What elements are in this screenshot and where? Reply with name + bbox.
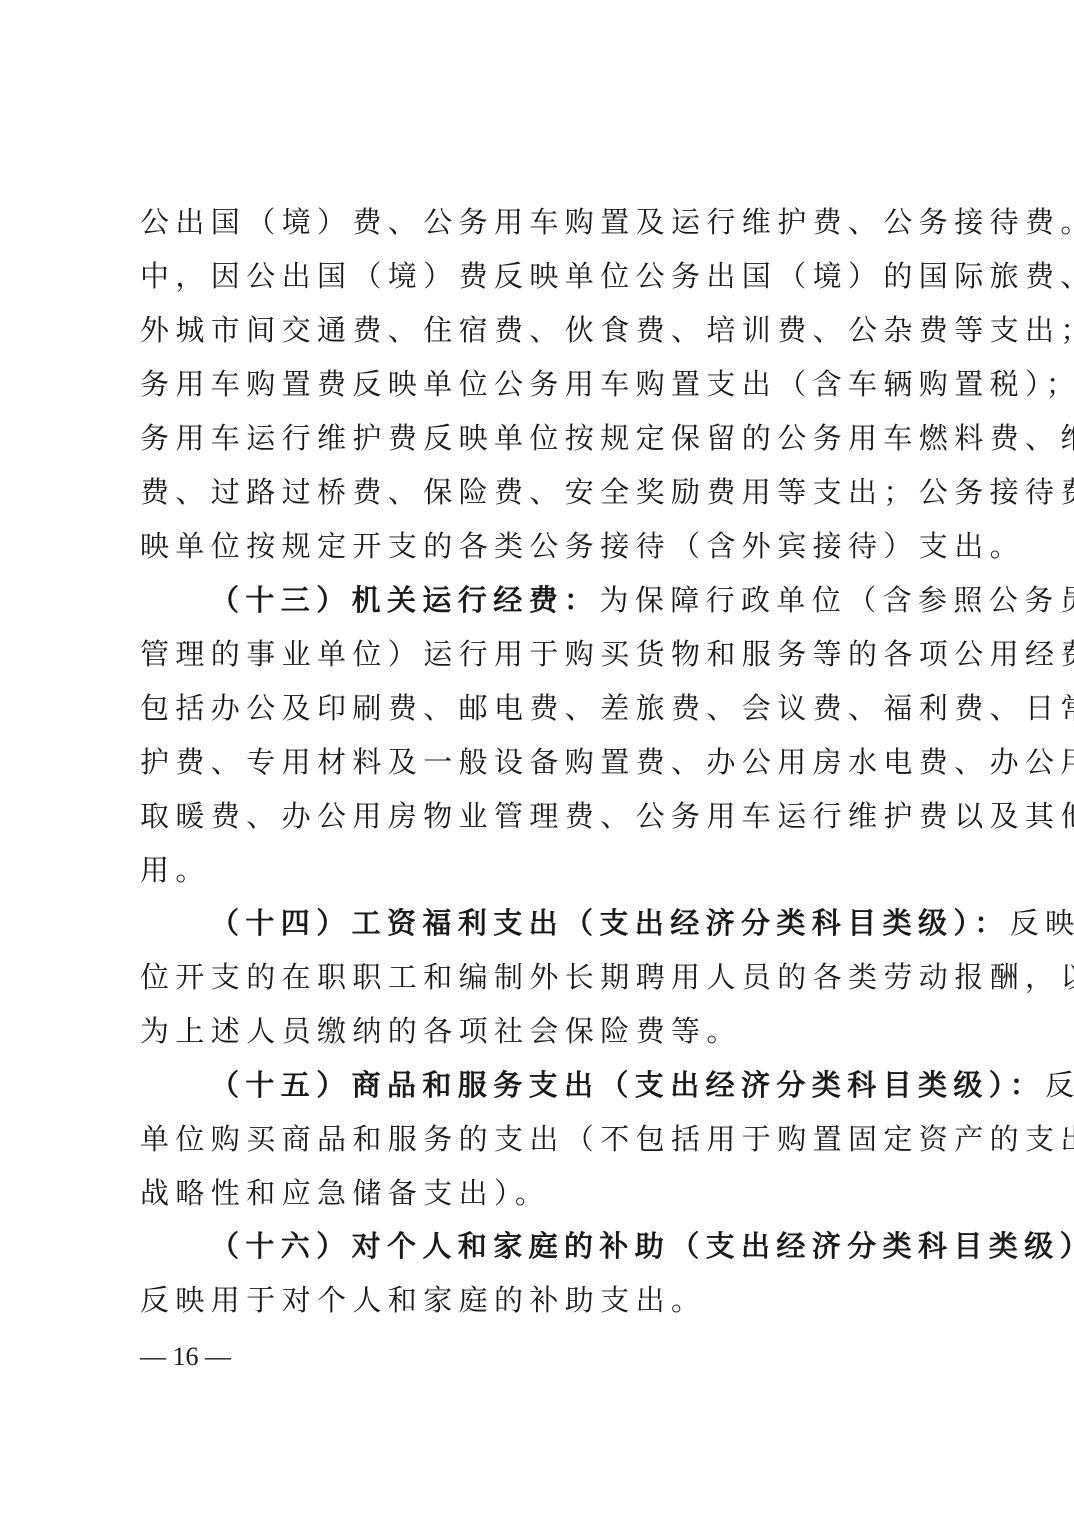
paragraph-line: 包括办公及印刷费、邮电费、差旅费、会议费、福利费、日常维 (140, 688, 940, 728)
paragraph-line: 管理的事业单位）运行用于购买货物和服务等的各项公用经费， (140, 634, 940, 674)
section-16-heading: （十六）对个人和家庭的补助（支出经济分类科目类级）： (210, 1229, 1074, 1263)
paragraph-line: 务用车运行维护费反映单位按规定保留的公务用车燃料费、维修 (140, 418, 940, 458)
section-text: 反映单 (1010, 906, 1074, 940)
paragraph-line: 中，因公出国（境）费反映单位公务出国（境）的国际旅费、国 (140, 256, 940, 296)
paragraph-line: 用。 (140, 850, 940, 890)
section-16-first-line: （十六）对个人和家庭的补助（支出经济分类科目类级）： (210, 1226, 940, 1266)
paragraph-line: 为上述人员缴纳的各项社会保险费等。 (140, 1011, 940, 1051)
paragraph-line: 战略性和应急储备支出）。 (140, 1173, 940, 1213)
paragraph-line: 费、过路过桥费、保险费、安全奖励费用等支出；公务接待费反 (140, 472, 940, 512)
section-15-heading: （十五）商品和服务支出（支出经济分类科目类级）： (210, 1068, 1045, 1102)
section-14-first-line: （十四）工资福利支出（支出经济分类科目类级）：反映单 (210, 903, 940, 943)
paragraph-line: 护费、专用材料及一般设备购置费、办公用房水电费、办公用房 (140, 742, 940, 782)
paragraph-line: 取暖费、办公用房物业管理费、公务用车运行维护费以及其他费 (140, 796, 940, 836)
section-14-heading: （十四）工资福利支出（支出经济分类科目类级）： (210, 906, 1010, 940)
section-15-first-line: （十五）商品和服务支出（支出经济分类科目类级）：反映 (210, 1065, 940, 1105)
paragraph-line: 务用车购置费反映单位公务用车购置支出（含车辆购置税）；公 (140, 364, 940, 404)
paragraph-line: 外城市间交通费、住宿费、伙食费、培训费、公杂费等支出；公 (140, 310, 940, 350)
paragraph-line: 反映用于对个人和家庭的补助支出。 (140, 1280, 940, 1320)
section-13-heading: （十三）机关运行经费： (210, 583, 599, 617)
page-number: — 16 — (140, 1340, 231, 1374)
paragraph-line: 映单位按规定开支的各类公务接待（含外宾接待）支出。 (140, 526, 940, 566)
section-13-first-line: （十三）机关运行经费：为保障行政单位（含参照公务员法 (210, 580, 940, 620)
paragraph-line: 公出国（境）费、公务用车购置及运行维护费、公务接待费。其 (140, 202, 940, 242)
paragraph-line: 位开支的在职职工和编制外长期聘用人员的各类劳动报酬，以及 (140, 957, 940, 997)
section-text: 反映 (1045, 1068, 1074, 1102)
section-text: 为保障行政单位（含参照公务员法 (599, 583, 1074, 617)
paragraph-line: 单位购买商品和服务的支出（不包括用于购置固定资产的支出、 (140, 1119, 940, 1159)
document-page: 公出国（境）费、公务用车购置及运行维护费、公务接待费。其 中，因公出国（境）费反… (0, 0, 1074, 1520)
